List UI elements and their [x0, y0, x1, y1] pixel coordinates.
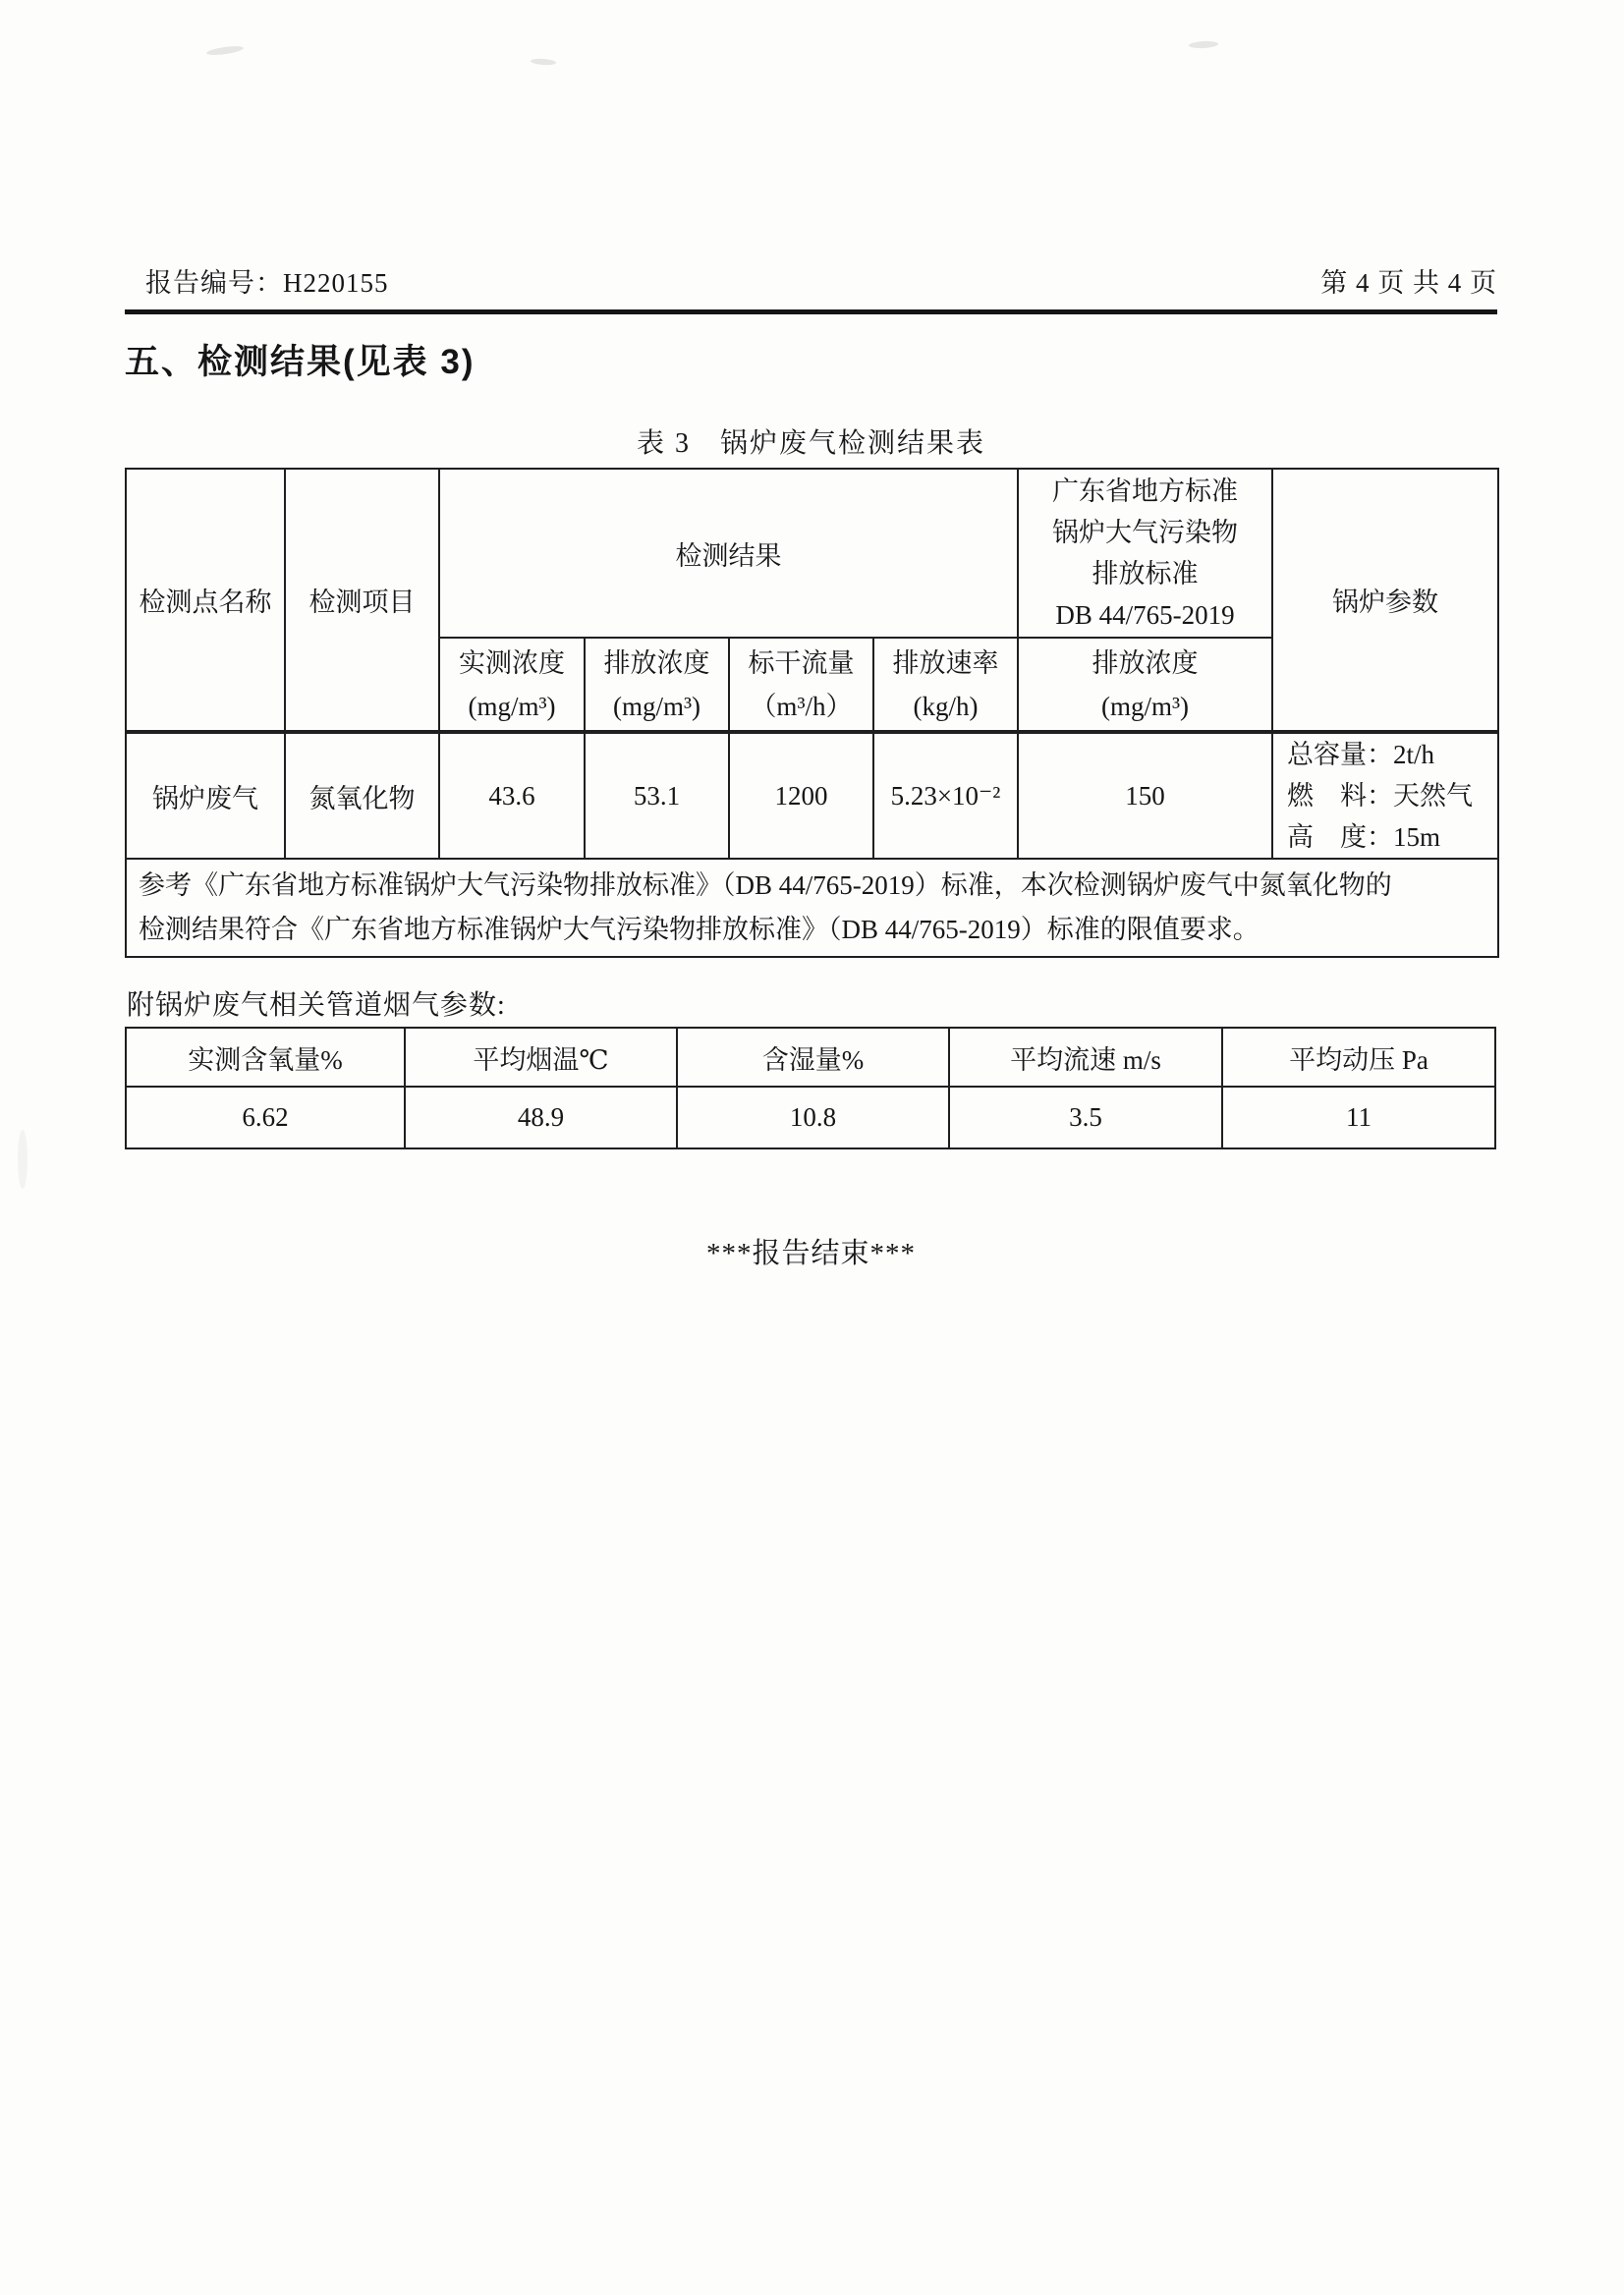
header-divider-rule: [125, 309, 1497, 314]
subheader-unit: （m³/h）: [734, 685, 868, 728]
subheader-unit: (mg/m³): [589, 685, 724, 728]
cell-test-item: 氮氧化物: [285, 732, 439, 859]
scan-speckle: [1189, 40, 1218, 49]
appendix-value-pressure: 11: [1222, 1087, 1495, 1148]
appendix-header-oxygen: 实测含氧量%: [126, 1028, 405, 1087]
report-end-marker: ***报告结束***: [125, 1231, 1497, 1271]
appendix-header-velocity: 平均流速 m/s: [949, 1028, 1222, 1087]
cell-rate-value: 5.23×10⁻²: [873, 732, 1018, 859]
boiler-param-line: 总容量：2t/h: [1287, 734, 1493, 775]
subheader-unit: (kg/h): [878, 685, 1013, 728]
header-point-name: 检测点名称: [126, 469, 285, 732]
table3-caption: 表 3 锅炉废气检测结果表: [125, 421, 1497, 461]
table-row: 实测含氧量% 平均烟温℃ 含湿量% 平均流速 m/s 平均动压 Pa: [126, 1028, 1495, 1087]
header-test-results: 检测结果: [439, 469, 1018, 638]
scan-speckle: [206, 44, 245, 56]
cell-flow-value: 1200: [729, 732, 873, 859]
appendix-header-temperature: 平均烟温℃: [405, 1028, 677, 1087]
cell-point-name: 锅炉废气: [126, 732, 285, 859]
appendix-value-velocity: 3.5: [949, 1087, 1222, 1148]
subheader-unit: (mg/m³): [1023, 685, 1267, 728]
cell-boiler-parameters: 总容量：2t/h 燃 料：天然气 高 度：15m: [1272, 732, 1498, 859]
standard-line: 广东省地方标准: [1023, 471, 1267, 512]
flue-gas-parameters-table: 实测含氧量% 平均烟温℃ 含湿量% 平均流速 m/s 平均动压 Pa 6.62 …: [125, 1027, 1496, 1149]
subheader-emission-rate: 排放速率 (kg/h): [873, 638, 1018, 732]
standard-line: 锅炉大气污染物: [1023, 512, 1267, 553]
cell-measured-value: 43.6: [439, 732, 585, 859]
subheader-standard-dry-flow: 标干流量 （m³/h）: [729, 638, 873, 732]
subheader-emission-concentration: 排放浓度 (mg/m³): [585, 638, 729, 732]
section-title: 五、检测结果(见表 3): [125, 335, 476, 384]
subheader-label: 标干流量: [734, 642, 868, 685]
page-indicator: 第 4 页 共 4 页: [1320, 261, 1497, 300]
boiler-param-line: 高 度：15m: [1287, 816, 1493, 858]
boiler-exhaust-results-table: 检测点名称 检测项目 检测结果 广东省地方标准 锅炉大气污染物 排放标准 DB …: [125, 468, 1499, 958]
header-boiler-params: 锅炉参数: [1272, 469, 1498, 732]
boiler-param-line: 燃 料：天然气: [1287, 775, 1493, 816]
subheader-limit-concentration: 排放浓度 (mg/m³): [1018, 638, 1272, 732]
note-line: 检测结果符合《广东省地方标准锅炉大气污染物排放标准》（DB 44/765-201…: [139, 908, 1487, 952]
appendix-header-humidity: 含湿量%: [677, 1028, 949, 1087]
report-page: 报告编号：H220155 第 4 页 共 4 页 五、检测结果(见表 3) 表 …: [0, 0, 1624, 2295]
appendix-value-oxygen: 6.62: [126, 1087, 405, 1148]
subheader-unit: (mg/m³): [444, 685, 580, 728]
scan-speckle: [531, 58, 556, 66]
cell-limit-value: 150: [1018, 732, 1272, 859]
conclusion-note: 参考《广东省地方标准锅炉大气污染物排放标准》（DB 44/765-2019）标准…: [126, 859, 1498, 957]
subheader-label: 排放速率: [878, 642, 1013, 685]
scan-speckle: [18, 1130, 28, 1189]
cell-emission-value: 53.1: [585, 732, 729, 859]
standard-line: DB 44/765-2019: [1023, 594, 1267, 636]
standard-line: 排放标准: [1023, 553, 1267, 594]
report-number: 报告编号：H220155: [145, 261, 389, 300]
subheader-label: 实测浓度: [444, 642, 580, 685]
table-row: 锅炉废气 氮氧化物 43.6 53.1 1200 5.23×10⁻² 150 总…: [126, 732, 1498, 859]
header-test-item: 检测项目: [285, 469, 439, 732]
appendix-title: 附锅炉废气相关管道烟气参数:: [127, 983, 506, 1023]
note-line: 参考《广东省地方标准锅炉大气污染物排放标准》（DB 44/765-2019）标准…: [139, 864, 1487, 908]
appendix-value-humidity: 10.8: [677, 1087, 949, 1148]
header-standard: 广东省地方标准 锅炉大气污染物 排放标准 DB 44/765-2019: [1018, 469, 1272, 638]
subheader-measured-concentration: 实测浓度 (mg/m³): [439, 638, 585, 732]
table-row: 6.62 48.9 10.8 3.5 11: [126, 1087, 1495, 1148]
subheader-label: 排放浓度: [589, 642, 724, 685]
appendix-value-temperature: 48.9: [405, 1087, 677, 1148]
subheader-label: 排放浓度: [1023, 642, 1267, 685]
appendix-header-pressure: 平均动压 Pa: [1222, 1028, 1495, 1087]
